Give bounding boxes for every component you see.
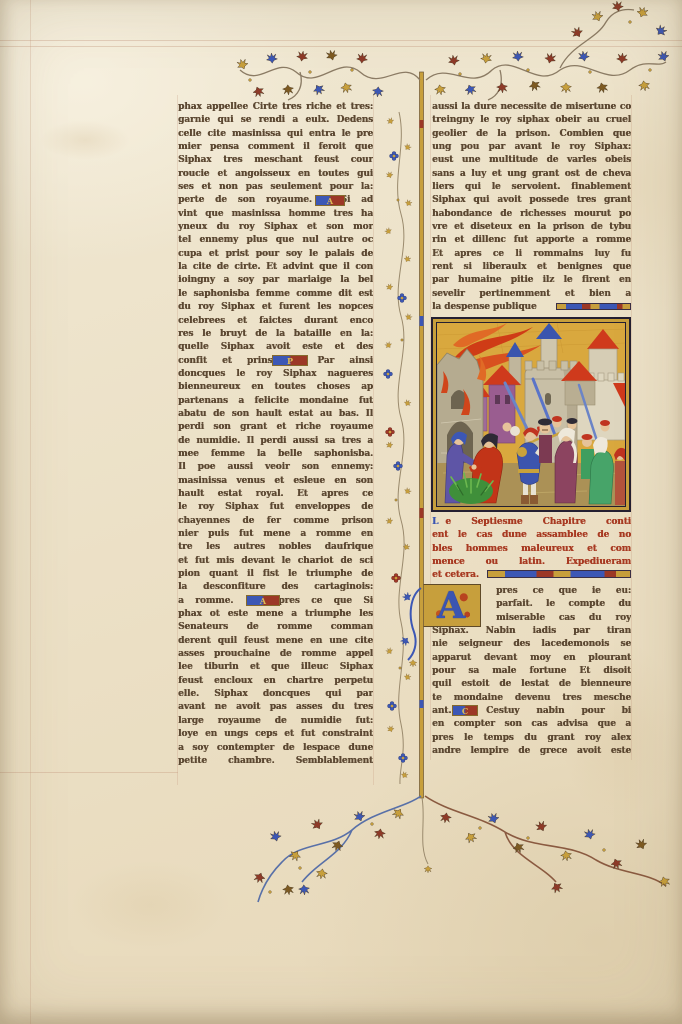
text-line: le saphonisba femme comme dit est [178, 288, 373, 301]
top-vine-leaves [235, 0, 670, 98]
text-line: Siphax qui avoit possede tres grant [432, 194, 631, 207]
text-line: phax ot este mene a triumphe les [178, 608, 373, 621]
text-line: celebrees et faictes durant enco [178, 315, 373, 328]
text-line: partenans a felicite mondaine fut [178, 395, 373, 408]
rubric-line: ent le cas dune assamblee de no [432, 529, 631, 542]
text-line: vint que masinissa homme tres ha [178, 208, 373, 221]
text-line: cupa et prist pour soy le palais de [178, 248, 373, 261]
rubric-text: e Septiesme Chapitre conti [445, 516, 631, 529]
text-line: roucie et angoisseux en toutes gui [178, 168, 373, 181]
parchment-stain [70, 860, 230, 950]
quatrefoil-flower-icon [384, 152, 408, 763]
initial-marginal-flourish [399, 588, 421, 667]
text-line: tel ennemy plus que nul autre oc [178, 234, 373, 247]
text-line: parfait. le compte du [496, 598, 631, 611]
text-line: Il poe aussi veoir son ennemy: [178, 461, 373, 474]
text-line: ses et non pas seulement pour la: [178, 181, 373, 194]
ruling-line [30, 0, 31, 1024]
text-line: pour sa male fortune Et disoit [432, 665, 631, 678]
text-line: avant ne avoit pas asses du tres [178, 701, 373, 714]
text-line: par humaine pitie ilz le firent en [432, 274, 631, 287]
bar-border [420, 72, 424, 798]
bottom-vine [258, 796, 666, 902]
text-line: en compter son cas advisa que a [432, 718, 631, 731]
rubric-line: bles hommes maleureux et com [432, 543, 631, 556]
text-line: du roy Siphax et furent les nopces [178, 301, 373, 314]
text-line: geolier de la prison. Combien que [432, 128, 631, 141]
text-line: hault estat royal. Et apres ce [178, 488, 373, 501]
text-line: abatu de son hault estat au bas. Il [178, 408, 373, 421]
text-line: miserable cas du roy [496, 612, 631, 625]
text-line: et fut mis devant le chariot de sci [178, 555, 373, 568]
text-line: andre lempire de grece avoit este [432, 745, 631, 758]
text-line: loye en ungs ceps et fut constraint [178, 728, 373, 741]
text-line: tre les autres nobles daufrique [178, 541, 373, 554]
text-line: apparut devant moy en plourant [432, 652, 631, 665]
text-line: pres ce que ie eu: [496, 585, 631, 598]
ruling-line [0, 772, 178, 773]
line-filler-icon [487, 570, 631, 578]
text-line: large royaume de numidie fut: [178, 715, 373, 728]
parchment-stain [40, 120, 130, 160]
rubric-initial-letter: L [432, 516, 438, 529]
gutter-vine [384, 112, 414, 784]
paraph-mark: A [315, 195, 345, 206]
ruling-line [0, 40, 682, 41]
text-line: aussi la dure necessite de misertune co [432, 101, 631, 114]
text-line: Siphax. Nabin iadis par tiran [432, 625, 631, 638]
text-line: quil estoit de lestat de bienneure [432, 678, 631, 691]
text-line: rent si liberaulx et benignes que [432, 261, 631, 274]
text-line: de numidie. Il perdi aussi sa tres a [178, 435, 373, 448]
miniature-illustration [431, 317, 631, 512]
text-line: la desconfiture des cartaginois: [178, 581, 373, 594]
figure-far-right [614, 448, 625, 505]
paraph-mark: C [452, 705, 478, 716]
text-line: lee tiburin et que illeuc Siphax [178, 661, 373, 674]
initial-letter: A [437, 588, 465, 624]
text-line: perdi son grant et riche royaume [178, 421, 373, 434]
text-line: garnie qui se rendi a eulx. Dedens [178, 114, 373, 127]
text-line: feust encloux en chartre perpetu [178, 675, 373, 688]
text-line: vre et diseteux en la prison de tybu [432, 221, 631, 234]
text-line: res le bruyt de la bataille en la: [178, 328, 373, 341]
text-line: sevelir pertinemment et bien a [432, 288, 631, 301]
text-line: treingny le roy siphax obeir au cruel [432, 114, 631, 127]
text-line: eust une multitude de varles obeis [432, 154, 631, 167]
text-line: ioingny a soy par mariaige la bel [178, 274, 373, 287]
text-line: asses prouchaine de romme appel [178, 648, 373, 661]
text-line: te mondaine devenu tres mesche [432, 692, 631, 705]
top-vine [240, 10, 666, 101]
ruling-line [631, 95, 632, 760]
text-line: a soy contempter de lespace dune [178, 742, 373, 755]
text-line: pion quant il fist le triumphe de [178, 568, 373, 581]
rubric-line: mence ou latin. Expediueram [432, 556, 631, 569]
text-column-right-upper: aussi la dure necessite de misertune cot… [432, 101, 631, 315]
text-line: rin et dillenc fut apporte a romme [432, 234, 631, 247]
text-line: bienneureux en toutes choses ap [178, 381, 373, 394]
text-line: quelle Siphax avoit este et des [178, 341, 373, 354]
miniature-scene [437, 323, 625, 506]
text-line: habondance de richesses mourut po [432, 208, 631, 221]
text-line: mier pensa comment il feroit que [178, 141, 373, 154]
text-line: chayennes de fer comme prison [178, 515, 373, 528]
rubric-line: L e Septiesme Chapitre conti [432, 516, 631, 529]
quatrefoil-flower-icon [386, 428, 401, 583]
text-line: nier puis fut mene a romme en [178, 528, 373, 541]
ruling-line [373, 95, 374, 785]
bottom-vine-leaves [252, 806, 671, 895]
text-line: Senateurs de romme comman [178, 621, 373, 634]
illuminated-initial-A: A [421, 584, 481, 627]
paraph-mark: A [246, 595, 280, 606]
line-filler-icon [556, 303, 631, 310]
text-line: pres le temps du grant roy alex [432, 732, 631, 745]
text-line: le roy Siphax fut enveloppes de [178, 501, 373, 514]
text-line: liers qui le servoient. finablement [432, 181, 631, 194]
manuscript-page: phax appellee Cirte tres riche et tres:g… [0, 0, 682, 1024]
text-line: nie seigneur des lacedemonois se [432, 638, 631, 651]
text-line: yneux du roy Siphax et son mor [178, 221, 373, 234]
text-line: la cite de cirte. Et advint que il con [178, 261, 373, 274]
ruling-line [0, 46, 682, 47]
text-line: doncques le roy Siphax nagueres [178, 368, 373, 381]
text-line: Siphax tres meschant feust cour [178, 154, 373, 167]
paraph-mark: P [272, 355, 308, 366]
text-line: celle cite masinissa qui entra le pre [178, 128, 373, 141]
text-line: sans a luy et ung grant ost de cheva [432, 168, 631, 181]
text-line: mee femme la belle saphonisba. [178, 448, 373, 461]
text-line: elle. Siphax doncques qui par [178, 688, 373, 701]
text-line: petite chambre. Semblablement [178, 755, 373, 768]
text-line: masinissa venus et esleue en son [178, 475, 373, 488]
text-line: ung pou par avant le roy Siphax: [432, 141, 631, 154]
text-line: Et apres ce li rommains luy fu [432, 248, 631, 261]
text-line: derent quil feust mene en une cite [178, 635, 373, 648]
text-line: phax appellee Cirte tres riche et tres: [178, 101, 373, 114]
